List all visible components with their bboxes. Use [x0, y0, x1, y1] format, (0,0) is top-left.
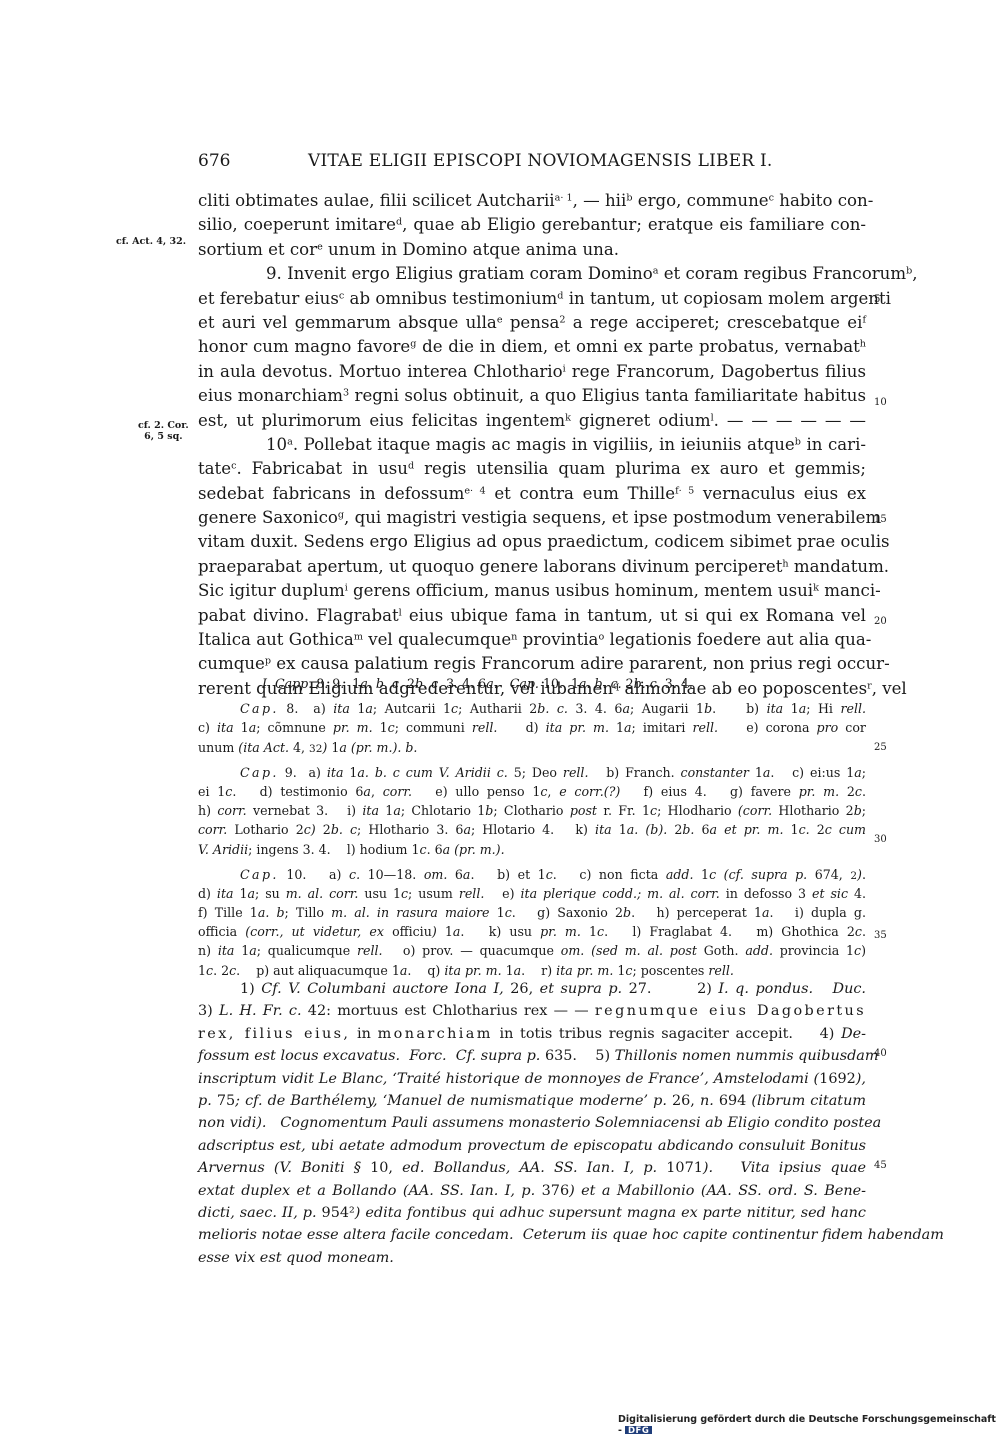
footnote-line: esse vix est quod moneam.: [198, 1247, 866, 1269]
footnote-line: fossum est locus excavatus. Forc. Cf. su…: [198, 1045, 866, 1067]
margin-note-cor: cf. 2. Cor. 6, 5 sq.: [138, 420, 189, 442]
apparatus-line: officia (corr., ut videtur, ex officiu) …: [198, 922, 866, 941]
text-line: Italica aut Gothicam vel qualecumquen pr…: [198, 628, 866, 652]
text-line: genere Saxonicog, qui magistri vestigia …: [198, 506, 866, 530]
footnote-line: melioris notae esse altera facile conced…: [198, 1224, 866, 1246]
line-number: 25: [874, 742, 887, 753]
footnote-line: p. 75; cf. de Barthélemy, ‘Manuel de num…: [198, 1090, 866, 1112]
text-line: pabat divino. Flagrabatl eius ubique fam…: [198, 604, 866, 628]
line-number: 35: [874, 930, 887, 941]
apparatus-line: Cap. 8. a) ita 1a; Autcarii 1c; Autharii…: [198, 699, 866, 718]
apparatus-line: n) ita 1a; qualicumque rell. o) prov. — …: [198, 941, 866, 960]
line-number: 45: [874, 1160, 887, 1171]
apparatus-line: d) ita 1a; su m. al. corr. usu 1c; usum …: [198, 884, 866, 903]
footnote-line: 1) Cf. V. Columbani auctore Iona I, 26, …: [198, 978, 866, 1000]
line-number: 20: [874, 616, 887, 627]
line-number: 30: [874, 834, 887, 845]
text-line: 10a. Pollebat itaque magis ac magis in v…: [198, 433, 866, 457]
manuscripts-line: I. Capp. 8. 9. 1a. b. c. 2b. c. 3. 4. 6a…: [198, 674, 866, 693]
dfg-logo: DFG: [625, 1426, 652, 1434]
apparatus-line: unum (ita Act. 4, 32) 1a (pr. m.). b.: [198, 738, 866, 757]
margin-note-line: cf. 2. Cor.: [138, 420, 189, 431]
apparatus-criticus: I. Capp. 8. 9. 1a. b. c. 2b. c. 3. 4. 6a…: [198, 674, 866, 980]
footnote-line: non vidi). Cognomentum Pauli assumens mo…: [198, 1112, 866, 1134]
page-number: 676: [198, 151, 230, 171]
text-line: sedebat fabricans in defossume· 4 et con…: [198, 482, 866, 506]
text-line: Sic igitur duplumi gerens officium, manu…: [198, 579, 866, 603]
footnote-line: 3) L. H. Fr. c. 42: mortuus est Chlothar…: [198, 1000, 866, 1022]
apparatus-line: corr. Lothario 2c) 2b. c; Hlothario 3. 6…: [198, 820, 866, 839]
document-page: 676 VITAE ELIGII EPISCOPI NOVIOMAGENSIS …: [0, 0, 1000, 1434]
footnote-line: rex, filius eius, in monarchiam in totis…: [198, 1023, 866, 1045]
apparatus-line: h) corr. vernebat 3. i) ita 1a; Chlotari…: [198, 801, 866, 820]
apparatus-line: Cap. 9. a) ita 1a. b. c cum V. Aridii c.…: [198, 763, 866, 782]
apparatus-line: f) Tille 1a. b; Tillo m. al. in rasura m…: [198, 903, 866, 922]
footnote-line: extat duplex et a Bollando (AA. SS. Ian.…: [198, 1180, 866, 1202]
text-line: 9. Invenit ergo Eligius gratiam coram Do…: [198, 262, 866, 286]
text-line: honor cum magno favoreg de die in diem, …: [198, 335, 866, 359]
apparatus-line: Cap. 10. a) c. 10—18. om. 6a. b) et 1c. …: [198, 865, 866, 884]
running-title: VITAE ELIGII EPISCOPI NOVIOMAGENSIS LIBE…: [308, 151, 772, 171]
text-line: tatec. Fabricabat in usud regis utensili…: [198, 457, 866, 481]
footnote-line: Arvernus (V. Boniti § 10, ed. Bollandus,…: [198, 1157, 866, 1179]
text-line: silio, coeperunt imitared, quae ab Eligi…: [198, 213, 866, 237]
text-line: praeparabat apertum, ut quoquo genere la…: [198, 555, 866, 579]
text-line: et auri vel gemmarum absque ullae pensa2…: [198, 311, 866, 335]
margin-note-line: 6, 5 sq.: [138, 431, 189, 442]
text-line: et ferebatur eiusc ab omnibus testimoniu…: [198, 287, 866, 311]
text-line: sortium et core unum in Domino atque ani…: [198, 238, 866, 262]
digitization-credit: Digitalisierung gefördert durch die Deut…: [618, 1414, 1000, 1434]
apparatus-line: V. Aridii; ingens 3. 4. l) hodium 1c. 6a…: [198, 840, 866, 859]
apparatus-line: ei 1c. d) testimonio 6a, corr. e) ullo p…: [198, 782, 866, 801]
running-header: 676 VITAE ELIGII EPISCOPI NOVIOMAGENSIS …: [198, 151, 862, 177]
main-text: cliti obtimates aulae, filii scilicet Au…: [198, 189, 866, 701]
text-line: est, ut plurimorum eius felicitas ingent…: [198, 409, 866, 433]
footnote-line: inscriptum vidit Le Blanc, ‘Traité histo…: [198, 1068, 866, 1090]
text-line: vitam duxit. Sedens ergo Eligius ad opus…: [198, 530, 866, 554]
footnote-line: dicti, saec. II, p. 954²) edita fontibus…: [198, 1202, 866, 1224]
credit-text: Digitalisierung gefördert durch die Deut…: [618, 1414, 996, 1434]
apparatus-line: 1c. 2c. p) aut aliquacumque 1a. q) ita p…: [198, 961, 866, 980]
text-line: eius monarchiam3 regni solus obtinuit, a…: [198, 384, 866, 408]
footnotes: 1) Cf. V. Columbani auctore Iona I, 26, …: [198, 978, 866, 1269]
footnote-line: adscriptus est, ubi aetate admodum prove…: [198, 1135, 866, 1157]
margin-note-act: cf. Act. 4, 32.: [116, 236, 186, 247]
text-line: cliti obtimates aulae, filii scilicet Au…: [198, 189, 866, 213]
text-line: in aula devotus. Mortuo interea Chlothar…: [198, 360, 866, 384]
apparatus-line: c) ita 1a; cõmnune pr. m. 1c; communi re…: [198, 718, 866, 737]
line-number: 10: [874, 397, 887, 408]
